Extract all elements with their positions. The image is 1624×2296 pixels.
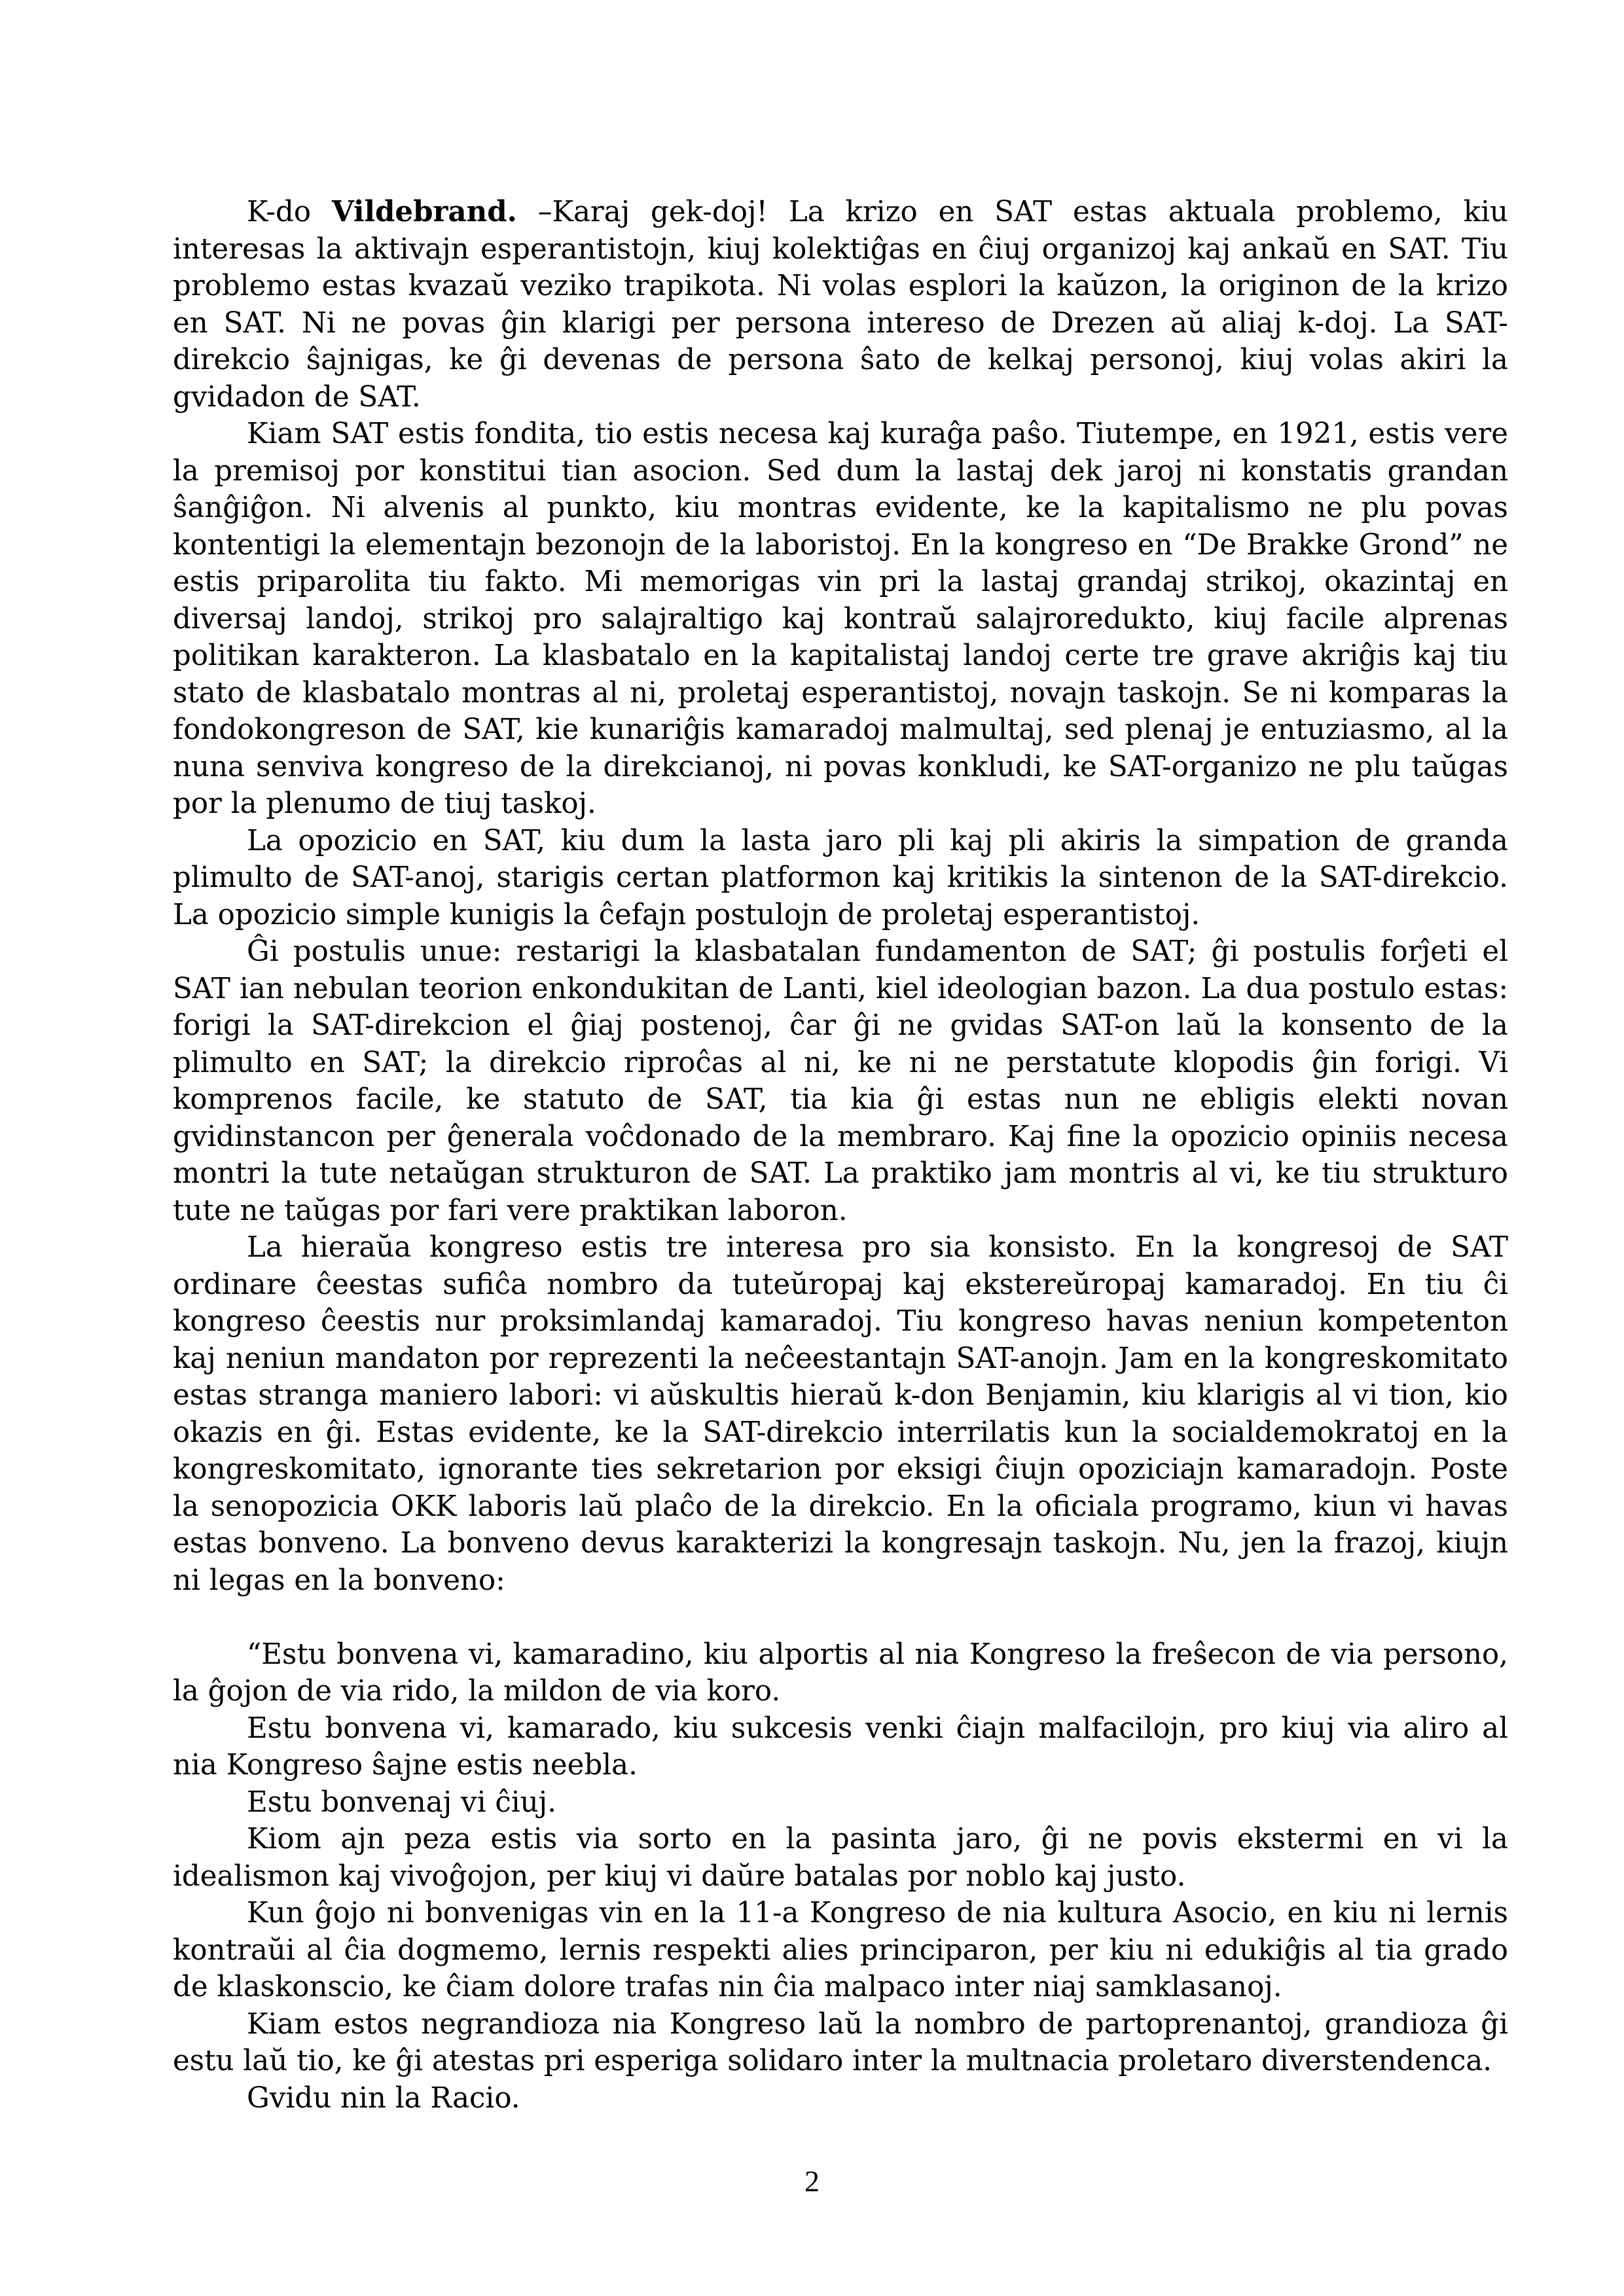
paragraph-speech-intro: K-do Vildebrand. –Karaj gek-doj! La kriz… bbox=[173, 194, 1508, 416]
quote-paragraph: Estu bonvenaj vi ĉiuj. bbox=[173, 1784, 1508, 1821]
body-text: K-do Vildebrand. –Karaj gek-doj! La kriz… bbox=[173, 194, 1508, 2117]
speaker-name: Vildebrand. bbox=[332, 195, 517, 228]
quote-paragraph: Kiam estos negrandioza nia Kongreso laŭ … bbox=[173, 2006, 1508, 2080]
quote-paragraph: Kun ĝojo ni bonvenigas vin en la 11-a Ko… bbox=[173, 1895, 1508, 2006]
quoted-welcome-block: “Estu bonvena vi, kamaradino, kiu alport… bbox=[173, 1636, 1508, 2117]
page-number: 2 bbox=[0, 2163, 1624, 2200]
quote-paragraph: Gvidu nin la Racio. bbox=[173, 2080, 1508, 2117]
quote-paragraph: Estu bonvena vi, kamarado, kiu sukcesis … bbox=[173, 1710, 1508, 1784]
paragraph: Kiam SAT estis fondita, tio estis necesa… bbox=[173, 416, 1508, 823]
paragraph: La opozicio en SAT, kiu dum la lasta jar… bbox=[173, 823, 1508, 934]
document-page: K-do Vildebrand. –Karaj gek-doj! La kriz… bbox=[0, 0, 1624, 2296]
paragraph: Ĝi postulis unue: restarigi la klasbatal… bbox=[173, 933, 1508, 1229]
paragraph: La hieraŭa kongreso estis tre interesa p… bbox=[173, 1229, 1508, 1599]
blank-line-spacer bbox=[173, 1599, 1508, 1636]
quote-paragraph: Kiom ajn peza estis via sorto en la pasi… bbox=[173, 1821, 1508, 1895]
speaker-prefix: K-do bbox=[247, 196, 332, 228]
quote-paragraph: “Estu bonvena vi, kamaradino, kiu alport… bbox=[173, 1636, 1508, 1710]
